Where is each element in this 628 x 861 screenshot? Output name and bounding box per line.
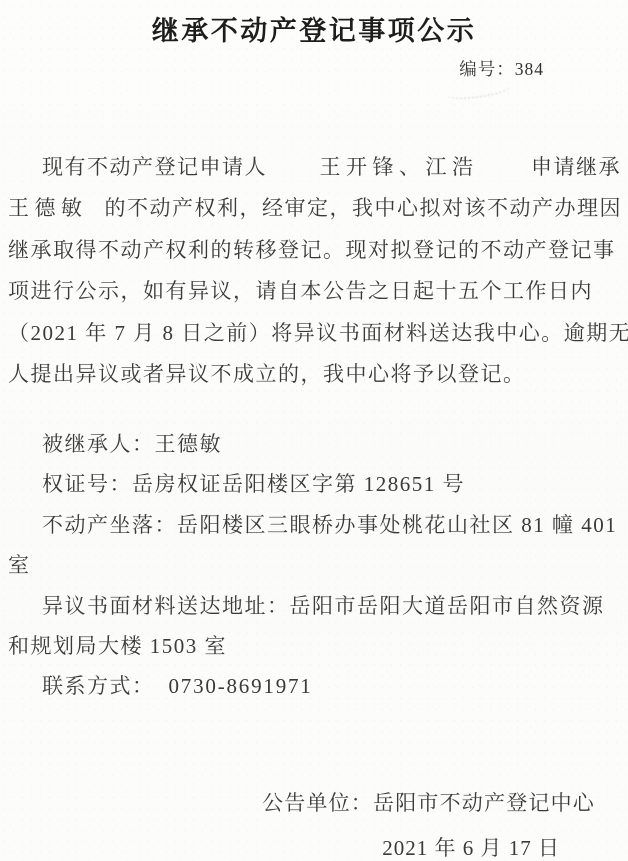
applicant-names: 王开锋、江浩 [320, 147, 479, 188]
paragraph-line-1-tail: 申请继承 [531, 147, 621, 188]
announcing-unit: 公告单位：岳阳市不动产登记中心 [262, 787, 595, 817]
paragraph-line-3: 继承取得不动产权利的转移登记。现对拟登记的不动产登记事 [8, 230, 621, 271]
property-location-line-2: 室 [8, 545, 621, 585]
doc-number-label: 编号： [459, 59, 515, 79]
scanned-notice-document: 继承不动产登记事项公示 编号：384 现有不动产登记申请人 王开锋、江浩 申请继… [0, 0, 628, 861]
main-paragraph: 现有不动产登记申请人 王开锋、江浩 申请继承 王德敏的不动产权利，经审定，我中心… [8, 147, 621, 395]
certificate-number-line: 权证号：岳房权证岳阳楼区字第 128651 号 [8, 464, 621, 504]
detail-items: 被继承人：王德敏 权证号：岳房权证岳阳楼区字第 128651 号 不动产坐落：岳… [8, 424, 621, 707]
paragraph-line-1-intro: 现有不动产登记申请人 [42, 147, 267, 188]
doc-number-value: 384 [515, 59, 544, 79]
decedent-line: 被继承人：王德敏 [8, 424, 621, 464]
paragraph-line-6: 人提出异议或者异议不成立的，我中心将予以登记。 [8, 354, 621, 395]
paragraph-line-2-rest: 的不动产权利，经审定，我中心拟对该不动产办理因 [105, 196, 623, 220]
objection-address-line-2: 和规划局大楼 1503 室 [8, 626, 621, 666]
paragraph-line-1: 现有不动产登记申请人 王开锋、江浩 申请继承 [8, 147, 621, 188]
decedent-name-inline: 王德敏 [8, 196, 88, 220]
doc-number: 编号：384 [459, 56, 544, 81]
contact-phone-number: 0730-8691971 [169, 674, 313, 698]
page-title: 继承不动产登记事项公示 [0, 9, 628, 48]
paragraph-line-5: （2021 年 7 月 8 日之前）将异议书面材料送达我中心。逾期无 [8, 313, 621, 354]
paragraph-line-2: 王德敏的不动产权利，经审定，我中心拟对该不动产办理因 [8, 188, 621, 229]
property-location-line-1: 不动产坐落：岳阳楼区三眼桥办事处桃花山社区 81 幢 401 [8, 505, 621, 545]
scan-smudge [445, 80, 510, 102]
paragraph-line-4: 项进行公示，如有异议，请自本公告之日起十五个工作日内 [8, 271, 621, 312]
contact-line: 联系方式：0730-8691971 [8, 666, 621, 706]
contact-label: 联系方式： [42, 674, 155, 698]
announcement-date: 2021 年 6 月 17 日 [382, 832, 560, 861]
objection-address-line-1: 异议书面材料送达地址：岳阳市岳阳大道岳阳市自然资源 [8, 586, 621, 626]
